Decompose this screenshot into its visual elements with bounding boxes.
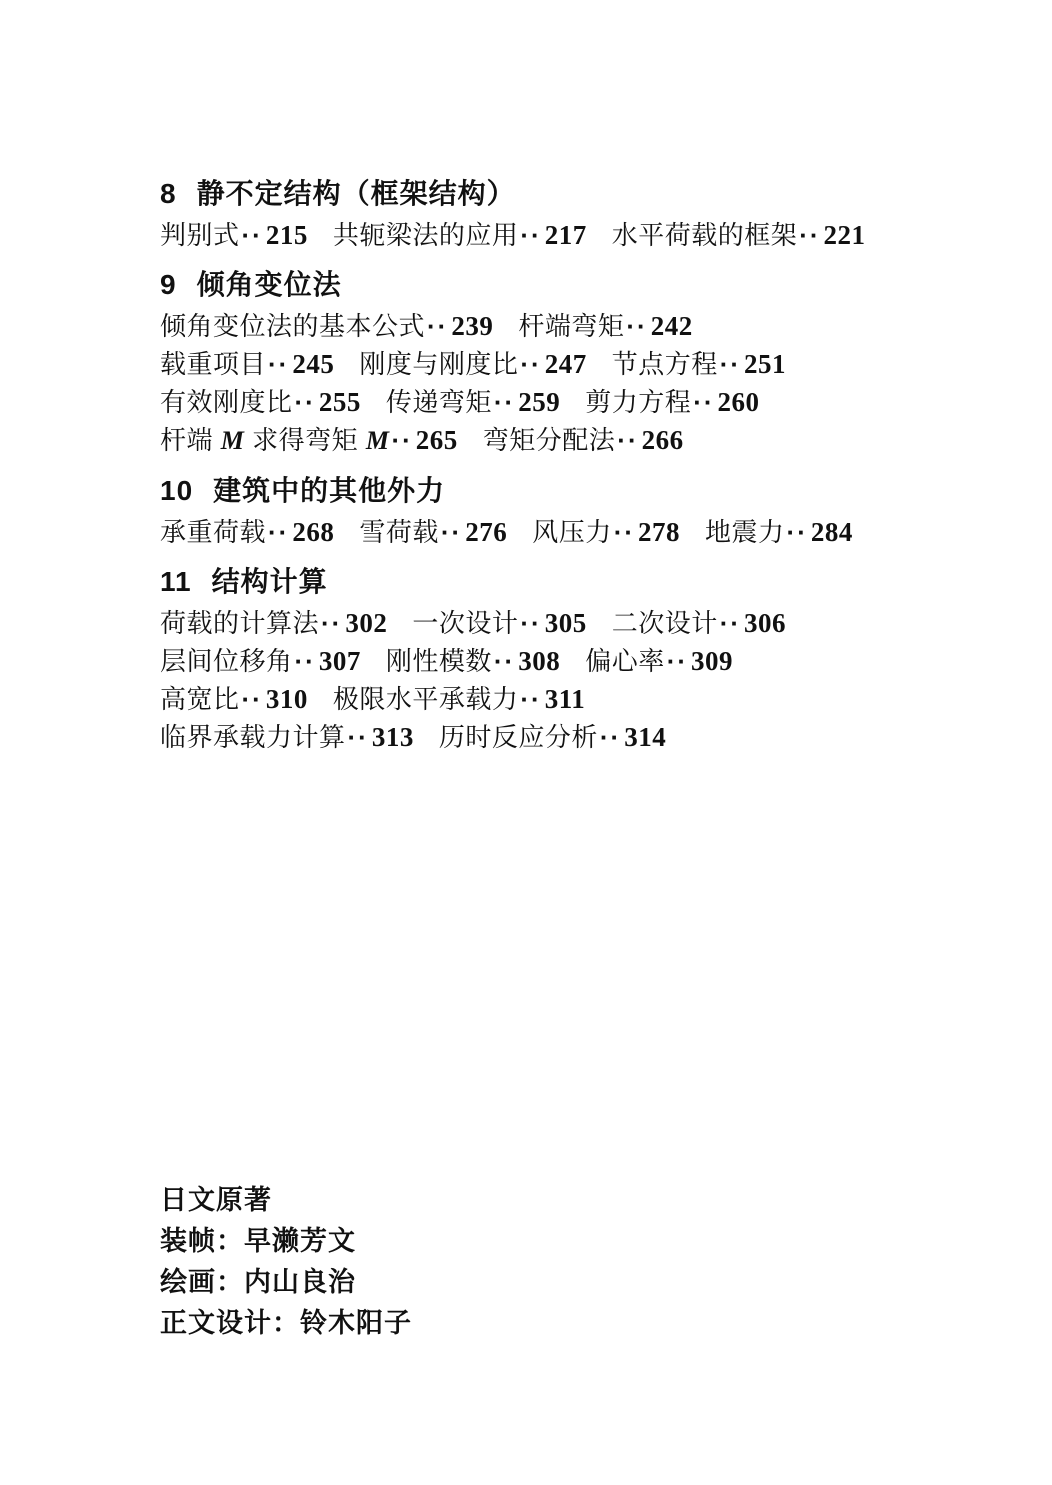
leader-dots: ·· <box>268 513 289 551</box>
toc-entry: 雪荷载··276 <box>359 517 507 547</box>
page-number: 313 <box>372 722 414 752</box>
toc-entry: 倾角变位法的基本公式··239 <box>160 311 493 341</box>
toc-entry: 风压力··278 <box>532 517 680 547</box>
entry-label: 共轭梁法的应用 <box>333 220 519 250</box>
entry-label: 雪荷载 <box>359 517 439 547</box>
leader-dots: ·· <box>348 718 369 756</box>
leader-dots: ·· <box>494 383 515 421</box>
page-number: 266 <box>642 425 684 455</box>
page-number: 259 <box>518 387 560 417</box>
leader-dots: ·· <box>520 680 541 718</box>
toc-entry: 极限水平承载力··311 <box>333 684 585 714</box>
page-number: 276 <box>465 517 507 547</box>
leader-dots: ·· <box>520 345 541 383</box>
section-title: 结构计算 <box>212 566 328 598</box>
toc-section-9: 9倾角变位法倾角变位法的基本公式··239杆端弯矩··242载重项目··245刚… <box>160 269 980 460</box>
toc-section-8: 8静不定结构（框架结构）判别式··215共轭梁法的应用··217水平荷载的框架·… <box>160 178 980 254</box>
toc-line: 荷载的计算法··302一次设计··305二次设计··306 <box>160 604 980 642</box>
leader-dots: ·· <box>614 513 635 551</box>
toc-entry: 偏心率··309 <box>585 646 733 676</box>
entry-label: 判别式 <box>160 220 240 250</box>
entry-label: 刚性模数 <box>386 646 492 676</box>
section-heading: 9倾角变位法 <box>160 269 980 301</box>
toc-line: 临界承载力计算··313历时反应分析··314 <box>160 718 980 756</box>
entry-label: 承重荷载 <box>160 517 266 547</box>
entry-label: 荷载的计算法 <box>160 608 319 638</box>
toc-entry: 传递弯矩··259 <box>386 387 560 417</box>
entry-label: 一次设计 <box>412 608 518 638</box>
page-number: 217 <box>545 220 587 250</box>
page-number: 268 <box>292 517 334 547</box>
leader-dots: ·· <box>520 604 541 642</box>
section-heading: 8静不定结构（框架结构） <box>160 178 980 210</box>
section-number: 11 <box>160 566 192 598</box>
entry-label: 刚度与刚度比 <box>359 349 518 379</box>
toc-entry: 二次设计··306 <box>612 608 786 638</box>
toc-entry: 地震力··284 <box>705 517 853 547</box>
leader-dots: ·· <box>268 345 289 383</box>
leader-dots: ·· <box>720 345 741 383</box>
toc-entry: 有效刚度比··255 <box>160 387 361 417</box>
leader-dots: ·· <box>295 642 316 680</box>
label-text: 杆端 <box>160 425 221 455</box>
credit-line: 装帧：早濑芳文 <box>160 1221 412 1262</box>
entry-label: 偏心率 <box>585 646 665 676</box>
entry-label: 节点方程 <box>612 349 718 379</box>
entry-label: 水平荷载的框架 <box>612 220 798 250</box>
page-number: 247 <box>545 349 587 379</box>
toc-entry: 共轭梁法的应用··217 <box>333 220 587 250</box>
page-number: 314 <box>624 722 666 752</box>
entry-label: 弯矩分配法 <box>483 425 616 455</box>
toc-entry: 临界承载力计算··313 <box>160 722 414 752</box>
entry-label: 二次设计 <box>612 608 718 638</box>
toc-line: 杆端 M 求得弯矩 M··265弯矩分配法··266 <box>160 421 980 460</box>
page-number: 302 <box>345 608 387 638</box>
toc-line: 层间位移角··307刚性模数··308偏心率··309 <box>160 642 980 680</box>
section-number: 8 <box>160 178 177 210</box>
leader-dots: ·· <box>667 642 688 680</box>
section-title: 静不定结构（框架结构） <box>197 178 516 210</box>
toc-line: 承重荷载··268雪荷载··276风压力··278地震力··284 <box>160 513 980 551</box>
toc-entry: 刚度与刚度比··247 <box>359 349 586 379</box>
page-number: 221 <box>824 220 866 250</box>
toc-entry: 载重项目··245 <box>160 349 334 379</box>
toc-entry: 杆端弯矩··242 <box>518 311 692 341</box>
toc-entry: 历时反应分析··314 <box>439 722 666 752</box>
toc-line: 有效刚度比··255传递弯矩··259剪力方程··260 <box>160 383 980 421</box>
entry-label: 层间位移角 <box>160 646 293 676</box>
toc-entry: 弯矩分配法··266 <box>483 425 684 455</box>
entry-label: 地震力 <box>705 517 785 547</box>
toc-entry: 剪力方程··260 <box>585 387 759 417</box>
label-text: 求得弯矩 <box>244 425 365 455</box>
credit-line: 日文原著 <box>160 1180 412 1221</box>
leader-dots: ·· <box>242 680 263 718</box>
toc-line: 倾角变位法的基本公式··239杆端弯矩··242 <box>160 307 980 345</box>
section-title: 倾角变位法 <box>197 269 342 301</box>
entry-label: 高宽比 <box>160 684 240 714</box>
page-number: 255 <box>319 387 361 417</box>
page-number: 239 <box>451 311 493 341</box>
page-number: 242 <box>651 311 693 341</box>
table-of-contents: 8静不定结构（框架结构）判别式··215共轭梁法的应用··217水平荷载的框架·… <box>160 178 980 771</box>
entry-label: 历时反应分析 <box>439 722 598 752</box>
page-number: 284 <box>811 517 853 547</box>
page-number: 307 <box>319 646 361 676</box>
toc-section-10: 10建筑中的其他外力承重荷载··268雪荷载··276风压力··278地震力··… <box>160 475 980 551</box>
section-heading: 11结构计算 <box>160 566 980 598</box>
leader-dots: ·· <box>427 307 448 345</box>
leader-dots: ·· <box>391 421 412 459</box>
credits-block: 日文原著装帧：早濑芳文绘画：内山良治正文设计：铃木阳子 <box>160 1180 412 1344</box>
toc-line: 高宽比··310极限水平承载力··311 <box>160 680 980 718</box>
leader-dots: ·· <box>520 216 541 254</box>
leader-dots: ·· <box>600 718 621 756</box>
leader-dots: ·· <box>242 216 263 254</box>
entry-label: 有效刚度比 <box>160 387 293 417</box>
section-number: 10 <box>160 475 193 507</box>
leader-dots: ·· <box>617 421 638 459</box>
variable-symbol: M <box>366 426 390 455</box>
toc-entry: 节点方程··251 <box>612 349 786 379</box>
toc-entry: 层间位移角··307 <box>160 646 361 676</box>
entry-label: 极限水平承载力 <box>333 684 519 714</box>
page-number: 305 <box>545 608 587 638</box>
section-heading: 10建筑中的其他外力 <box>160 475 980 507</box>
toc-entry: 高宽比··310 <box>160 684 308 714</box>
leader-dots: ·· <box>626 307 647 345</box>
page-number: 306 <box>744 608 786 638</box>
page-number: 215 <box>266 220 308 250</box>
toc-section-11: 11结构计算荷载的计算法··302一次设计··305二次设计··306层间位移角… <box>160 566 980 756</box>
leader-dots: ·· <box>321 604 342 642</box>
leader-dots: ·· <box>799 216 820 254</box>
variable-symbol: M <box>221 426 245 455</box>
page-number: 265 <box>416 425 458 455</box>
leader-dots: ·· <box>295 383 316 421</box>
toc-entry: 判别式··215 <box>160 220 308 250</box>
leader-dots: ·· <box>787 513 808 551</box>
entry-label: 临界承载力计算 <box>160 722 346 752</box>
document-page: 8静不定结构（框架结构）判别式··215共轭梁法的应用··217水平荷载的框架·… <box>0 0 1052 1485</box>
entry-label: 杆端 M 求得弯矩 M <box>160 425 389 455</box>
credit-line: 正文设计：铃木阳子 <box>160 1303 412 1344</box>
credit-line: 绘画：内山良治 <box>160 1262 412 1303</box>
page-number: 308 <box>518 646 560 676</box>
page-number: 310 <box>266 684 308 714</box>
leader-dots: ·· <box>693 383 714 421</box>
entry-label: 载重项目 <box>160 349 266 379</box>
entry-label: 剪力方程 <box>585 387 691 417</box>
toc-entry: 杆端 M 求得弯矩 M··265 <box>160 425 458 455</box>
entry-label: 传递弯矩 <box>386 387 492 417</box>
page-number: 311 <box>545 684 586 714</box>
page-number: 278 <box>638 517 680 547</box>
page-number: 251 <box>744 349 786 379</box>
page-number: 309 <box>691 646 733 676</box>
entry-label: 风压力 <box>532 517 612 547</box>
section-number: 9 <box>160 269 177 301</box>
toc-line: 载重项目··245刚度与刚度比··247节点方程··251 <box>160 345 980 383</box>
page-number: 245 <box>292 349 334 379</box>
page-number: 260 <box>718 387 760 417</box>
leader-dots: ·· <box>441 513 462 551</box>
toc-entry: 刚性模数··308 <box>386 646 560 676</box>
section-title: 建筑中的其他外力 <box>213 475 445 507</box>
toc-entry: 水平荷载的框架··221 <box>612 220 866 250</box>
leader-dots: ·· <box>494 642 515 680</box>
toc-entry: 承重荷载··268 <box>160 517 334 547</box>
entry-label: 倾角变位法的基本公式 <box>160 311 425 341</box>
leader-dots: ·· <box>720 604 741 642</box>
toc-entry: 一次设计··305 <box>412 608 586 638</box>
toc-entry: 荷载的计算法··302 <box>160 608 387 638</box>
toc-line: 判别式··215共轭梁法的应用··217水平荷载的框架··221 <box>160 216 980 254</box>
entry-label: 杆端弯矩 <box>518 311 624 341</box>
